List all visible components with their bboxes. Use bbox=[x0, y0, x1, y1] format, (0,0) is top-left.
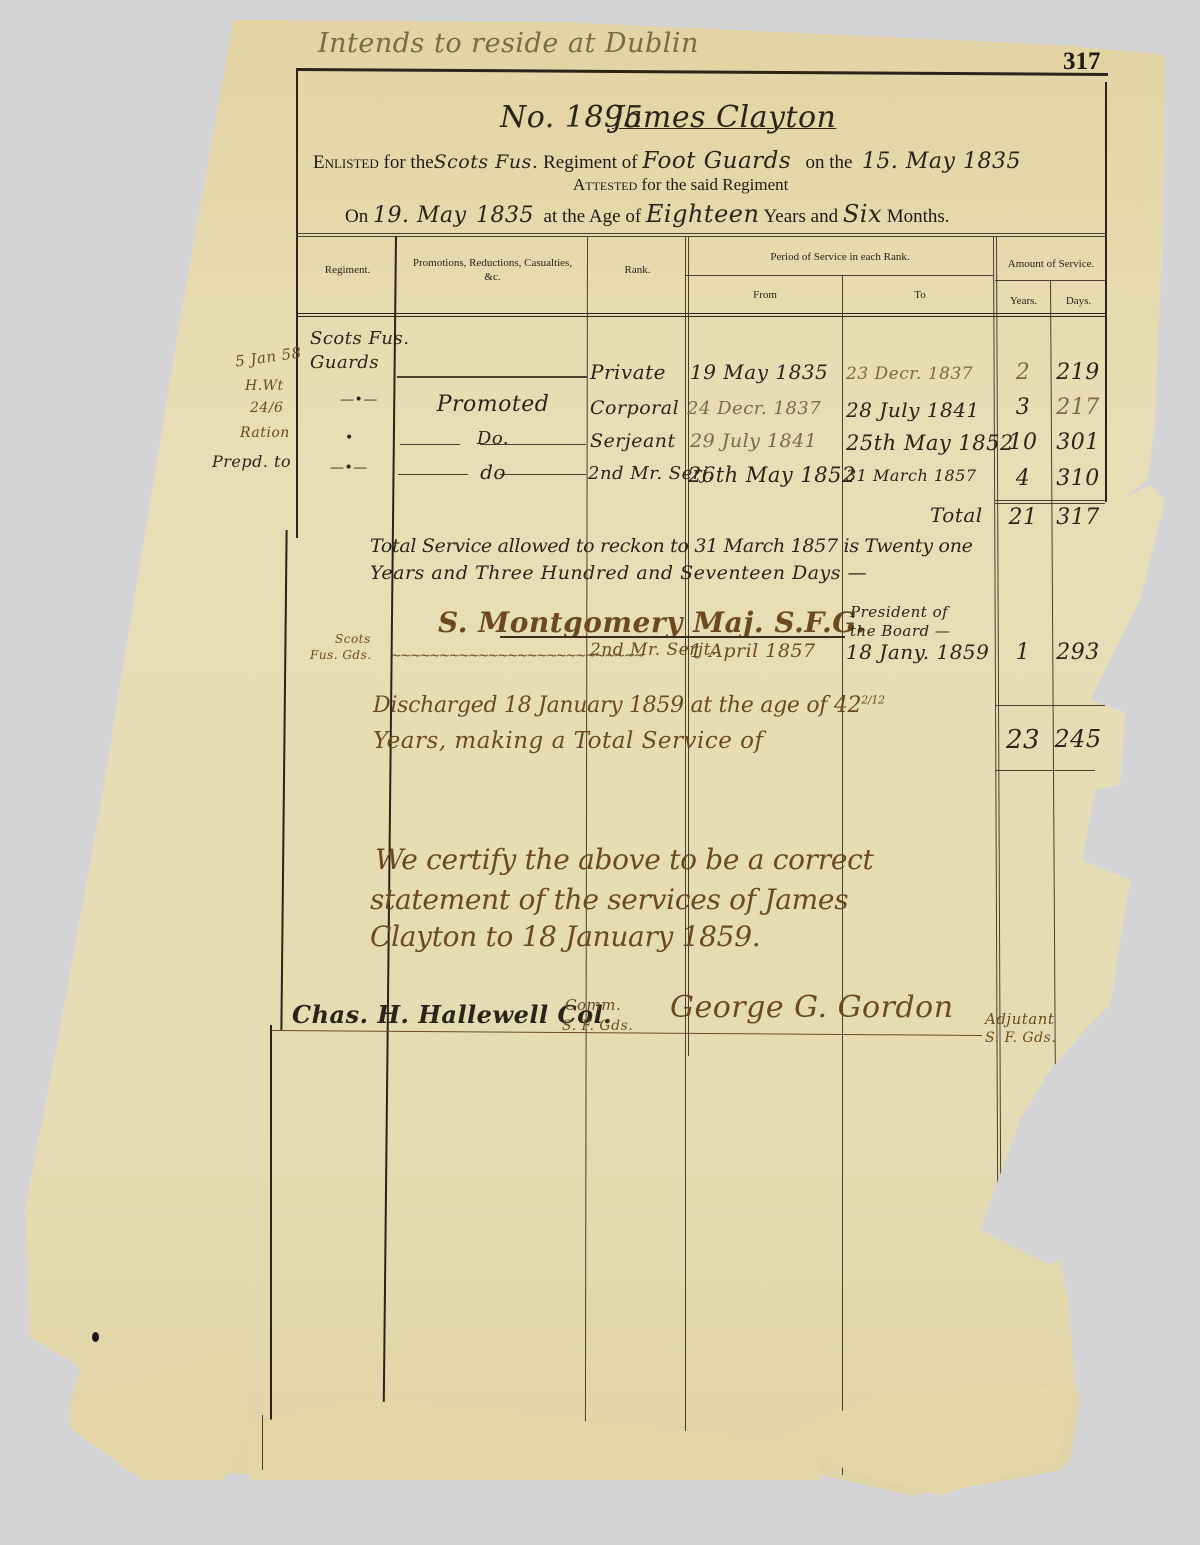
enlisted-line: Enlisted for theScots Fus. Regiment of F… bbox=[313, 148, 1021, 174]
regiment-type: Foot Guards bbox=[642, 148, 791, 174]
discharge-line1: Discharged 18 January 1859 at the age of… bbox=[373, 693, 885, 718]
board-signature-underline bbox=[500, 636, 845, 638]
regiment-of-label: Regiment of bbox=[543, 152, 637, 173]
total-days: 317 bbox=[1051, 505, 1105, 530]
col-promotions-header: Promotions, Reductions, Casualties, &c. bbox=[410, 256, 575, 284]
adjutant-title-line2: S. F. Gds. bbox=[985, 1030, 1056, 1046]
second-regiment-line1: Scots bbox=[335, 632, 371, 646]
enlisted-regiment: Scots Fus. bbox=[434, 151, 539, 173]
years-cell-2: 3 bbox=[996, 395, 1050, 420]
rank-cell-2: Corporal bbox=[590, 397, 679, 419]
age-of-label: at the Age of bbox=[544, 206, 642, 227]
box-left-border-bottom bbox=[270, 1025, 272, 1465]
col-regiment-header: Regiment. bbox=[300, 263, 395, 277]
fold-rule bbox=[262, 1415, 263, 1470]
total-label: Total bbox=[930, 503, 983, 527]
attested-text: for the said Regiment bbox=[642, 175, 789, 194]
to-cell-3: 25th May 1852 bbox=[846, 431, 1014, 455]
margin-note-2: H.Wt bbox=[245, 378, 284, 394]
days-cell-1: 219 bbox=[1051, 360, 1105, 385]
grand-total-line-top bbox=[995, 705, 1105, 706]
col-amount-header: Amount of Service. bbox=[996, 257, 1106, 271]
years-cell-3: 10 bbox=[996, 430, 1050, 455]
days-cell-4: 310 bbox=[1051, 466, 1105, 491]
col-rank-header: Rank. bbox=[590, 263, 685, 277]
col-days-header: Days. bbox=[1051, 294, 1106, 308]
board-title-line1: President of bbox=[850, 603, 948, 621]
box-left-border-lower bbox=[280, 530, 287, 1030]
years-cell-1: 2 bbox=[996, 360, 1050, 385]
to-cell-2: 28 July 1841 bbox=[846, 398, 980, 422]
second-row-days: 293 bbox=[1051, 640, 1105, 665]
total-statement-line2: Years and Three Hundred and Seventeen Da… bbox=[370, 562, 867, 584]
second-regiment-line2: Fus. Gds. bbox=[310, 648, 372, 662]
grand-total-days: 245 bbox=[1051, 725, 1105, 753]
col-rule-years bbox=[1050, 280, 1057, 1240]
header-bottom-line-2 bbox=[296, 316, 1106, 317]
second-row-years: 1 bbox=[996, 640, 1050, 665]
promotion-cell-2: Promoted bbox=[400, 392, 586, 417]
certify-line3: Clayton to 18 January 1859. bbox=[370, 920, 760, 953]
from-cell-2: 24 Decr. 1837 bbox=[687, 398, 821, 419]
adjutant-title-line1: Adjutant bbox=[985, 1010, 1054, 1028]
discharge-line2: Years, making a Total Service of bbox=[373, 728, 764, 754]
months-label: Months. bbox=[887, 206, 950, 227]
certify-line2: statement of the services of James bbox=[370, 883, 848, 916]
grand-total-line-bottom bbox=[995, 770, 1095, 771]
box-right-border bbox=[1105, 82, 1107, 502]
margin-note-3: 24/6 bbox=[250, 400, 283, 416]
adjutant-signature: George G. Gordon bbox=[670, 990, 954, 1025]
from-cell-4: 26th May 1852 bbox=[688, 463, 856, 487]
attested-line: Attested for the said Regiment bbox=[573, 175, 788, 195]
margin-note-1: 5 Jan 58 bbox=[234, 343, 303, 370]
rank-cell-3: Serjeant bbox=[590, 430, 676, 452]
subtotal-line-2 bbox=[995, 503, 1105, 504]
to-cell-4: 31 March 1857 bbox=[846, 466, 977, 485]
enlisted-for-the: for the bbox=[384, 152, 434, 173]
on-the-label: on the bbox=[805, 152, 852, 173]
regiment-entry-line2: Guards bbox=[310, 352, 379, 373]
promotion-cell-3: Do. bbox=[400, 428, 586, 449]
discharge-text: Discharged 18 January 1859 at the age of… bbox=[373, 693, 861, 718]
period-subheader-line bbox=[686, 275, 994, 276]
promotions-row-line-1 bbox=[397, 376, 587, 378]
box-left-border bbox=[296, 68, 298, 538]
residence-note: Intends to reside at Dublin bbox=[318, 28, 699, 59]
soldier-name: James Clayton bbox=[612, 100, 836, 135]
ditto-mark-3: —•— bbox=[330, 460, 368, 476]
subtotal-line-1 bbox=[995, 500, 1105, 501]
header-top-line-2 bbox=[296, 236, 1106, 237]
board-president-signature: S. Montgomery Maj. S.F.G. bbox=[438, 606, 866, 639]
header-top-line bbox=[296, 233, 1106, 234]
second-row-to: 18 Jany. 1859 bbox=[846, 640, 989, 664]
enlisted-label: Enlisted bbox=[313, 152, 379, 173]
board-title-line2: the Board — bbox=[850, 622, 950, 640]
col-to-header: To bbox=[845, 288, 995, 302]
attested-date: 19. May bbox=[373, 203, 467, 228]
to-cell-1: 23 Decr. 1837 bbox=[846, 364, 973, 384]
grand-total-years: 23 bbox=[996, 725, 1050, 755]
col-period-header: Period of Service in each Rank. bbox=[690, 250, 990, 264]
margin-note-5: Prepd. to bbox=[212, 452, 291, 471]
ditto-mark-1: —•— bbox=[340, 392, 378, 408]
years-cell-4: 4 bbox=[996, 466, 1050, 491]
attested-year: 1835 bbox=[476, 203, 534, 228]
on-label: On bbox=[345, 206, 368, 227]
years-and-label: Years and bbox=[763, 206, 838, 227]
header-bottom-line bbox=[296, 313, 1106, 314]
attested-label: Attested bbox=[573, 175, 637, 194]
second-row-from: 1 April 1857 bbox=[690, 640, 816, 662]
age-line: On 19. May 1835 at the Age of Eighteen Y… bbox=[345, 200, 950, 228]
enlisted-date: 15. May 1835 bbox=[862, 149, 1021, 174]
commanding-title-line1: Comm. bbox=[565, 996, 621, 1014]
regiment-entry-line1: Scots Fus. bbox=[310, 328, 409, 349]
from-cell-3: 29 July 1841 bbox=[690, 430, 817, 452]
ditto-mark-2: • bbox=[345, 430, 354, 446]
age-years: Eighteen bbox=[646, 200, 760, 228]
promotion-cell-4: do bbox=[400, 460, 586, 484]
col-from-header: From bbox=[690, 288, 840, 302]
rank-cell-1: Private bbox=[590, 360, 666, 384]
total-years: 21 bbox=[996, 505, 1050, 530]
punch-hole bbox=[92, 1332, 99, 1342]
total-statement-line1: Total Service allowed to reckon to 31 Ma… bbox=[370, 535, 973, 557]
certify-line1: We certify the above to be a correct bbox=[375, 843, 873, 876]
from-cell-1: 19 May 1835 bbox=[690, 360, 828, 384]
margin-note-4: Ration bbox=[240, 425, 290, 441]
days-cell-3: 301 bbox=[1051, 430, 1105, 455]
col-years-header: Years. bbox=[996, 294, 1051, 308]
document-page: Intends to reside at Dublin 317 No. 1895… bbox=[0, 0, 1200, 1545]
age-months: Six bbox=[843, 200, 882, 228]
box-top-border bbox=[296, 68, 1108, 76]
discharge-age-fraction: 2/12 bbox=[861, 694, 885, 707]
days-cell-2: 217 bbox=[1051, 395, 1105, 420]
